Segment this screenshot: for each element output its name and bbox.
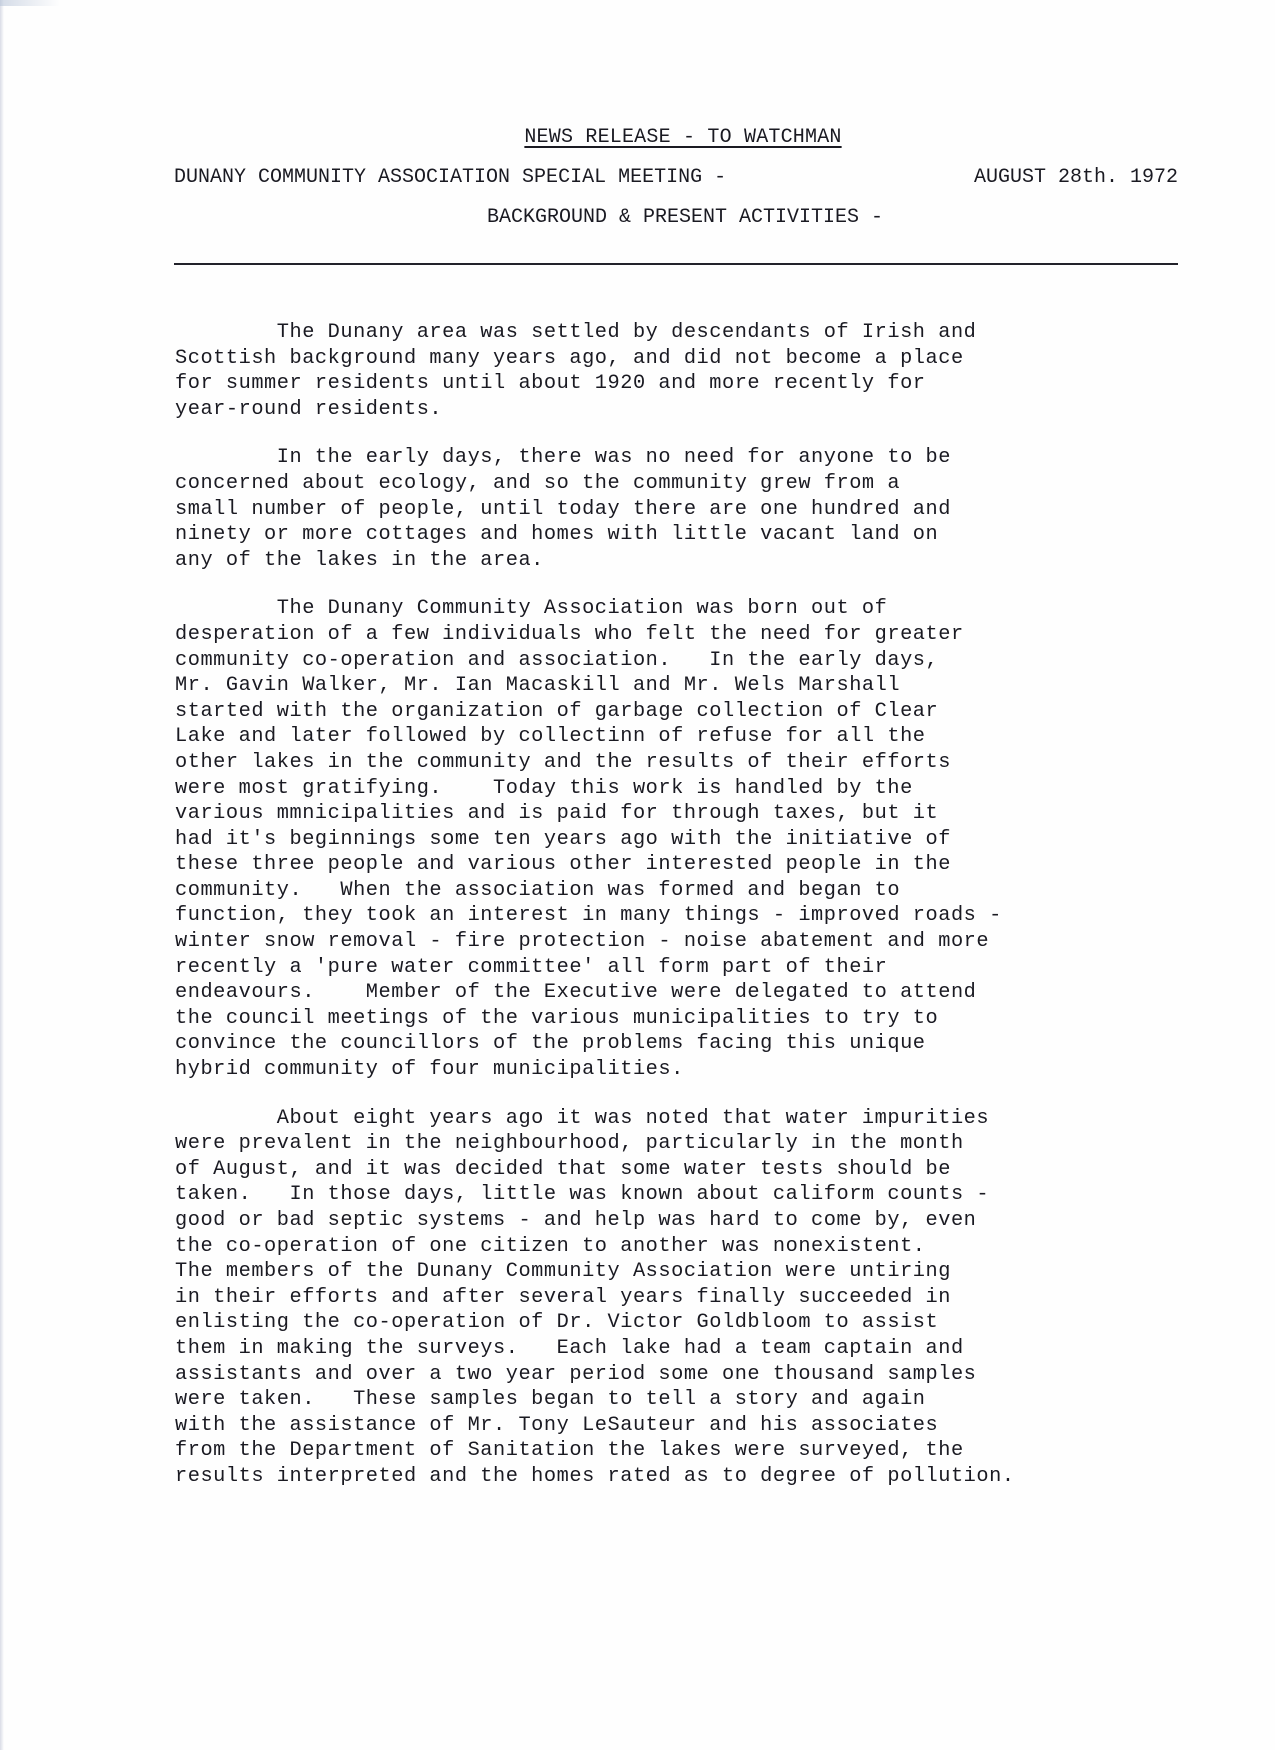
text-line: good or bad septic systems - and help wa… [175, 1208, 1175, 1234]
text-line: endeavours. Member of the Executive were… [175, 980, 1175, 1006]
text-line: In the early days, there was no need for… [175, 445, 1175, 471]
document-header: NEWS RELEASE - TO WATCHMAN DUNANY COMMUN… [174, 124, 1178, 232]
release-title: NEWS RELEASE - TO WATCHMAN [188, 124, 1178, 152]
text-line: The Dunany Community Association was bor… [175, 596, 1175, 622]
text-line: various mmnicipalities and is paid for t… [175, 801, 1175, 827]
text-line: Mr. Gavin Walker, Mr. Ian Macaskill and … [175, 673, 1175, 699]
text-line: concerned about ecology, and so the comm… [175, 471, 1175, 497]
text-line: convince the councillors of the problems… [175, 1031, 1175, 1057]
text-line: were most gratifying. Today this work is… [175, 776, 1175, 802]
header-divider [174, 263, 1178, 265]
text-line: started with the organization of garbage… [175, 699, 1175, 725]
text-line: with the assistance of Mr. Tony LeSauteu… [175, 1413, 1175, 1439]
text-line: About eight years ago it was noted that … [175, 1106, 1175, 1132]
text-line: community co-operation and association. … [175, 648, 1175, 674]
paragraph: About eight years ago it was noted that … [175, 1106, 1175, 1490]
text-line: The members of the Dunany Community Asso… [175, 1259, 1175, 1285]
text-line: the council meetings of the various muni… [175, 1006, 1175, 1032]
text-line: had it's beginnings some ten years ago w… [175, 827, 1175, 853]
text-line: were taken. These samples began to tell … [175, 1387, 1175, 1413]
text-line: the co-operation of one citizen to anoth… [175, 1234, 1175, 1260]
text-line: these three people and various other int… [175, 852, 1175, 878]
text-line: assistants and over a two year period so… [175, 1362, 1175, 1388]
text-line: Lake and later followed by collectinn of… [175, 724, 1175, 750]
text-line: enlisting the co-operation of Dr. Victor… [175, 1310, 1175, 1336]
text-line: hybrid community of four municipalities. [175, 1057, 1175, 1083]
text-line: desperation of a few individuals who fel… [175, 622, 1175, 648]
text-line: other lakes in the community and the res… [175, 750, 1175, 776]
paragraph: In the early days, there was no need for… [175, 445, 1175, 573]
document-body: The Dunany area was settled by descendan… [175, 320, 1175, 1513]
meeting-title: DUNANY COMMUNITY ASSOCIATION SPECIAL MEE… [174, 164, 726, 192]
text-line: function, they took an interest in many … [175, 903, 1175, 929]
meeting-date: AUGUST 28th. 1972 [974, 164, 1178, 192]
paragraph: The Dunany area was settled by descendan… [175, 320, 1175, 422]
scan-page-edge [0, 0, 4, 1750]
text-line: were prevalent in the neighbourhood, par… [175, 1131, 1175, 1157]
text-line: recently a 'pure water committee' all fo… [175, 955, 1175, 981]
text-line: ninety or more cottages and homes with l… [175, 522, 1175, 548]
text-line: for summer residents until about 1920 an… [175, 371, 1175, 397]
document-subtitle: BACKGROUND & PRESENT ACTIVITIES - [192, 204, 1178, 232]
scan-corner-shadow [0, 0, 60, 6]
text-line: taken. In those days, little was known a… [175, 1182, 1175, 1208]
text-line: in their efforts and after several years… [175, 1285, 1175, 1311]
text-line: The Dunany area was settled by descendan… [175, 320, 1175, 346]
text-line: of August, and it was decided that some … [175, 1157, 1175, 1183]
text-line: them in making the surveys. Each lake ha… [175, 1336, 1175, 1362]
meeting-line: DUNANY COMMUNITY ASSOCIATION SPECIAL MEE… [174, 164, 1178, 192]
text-line: from the Department of Sanitation the la… [175, 1438, 1175, 1464]
text-line: any of the lakes in the area. [175, 548, 1175, 574]
text-line: Scottish background many years ago, and … [175, 346, 1175, 372]
text-line: small number of people, until today ther… [175, 497, 1175, 523]
paragraph: The Dunany Community Association was bor… [175, 596, 1175, 1082]
text-line: results interpreted and the homes rated … [175, 1464, 1175, 1490]
text-line: year-round residents. [175, 397, 1175, 423]
text-line: winter snow removal - fire protection - … [175, 929, 1175, 955]
text-line: community. When the association was form… [175, 878, 1175, 904]
